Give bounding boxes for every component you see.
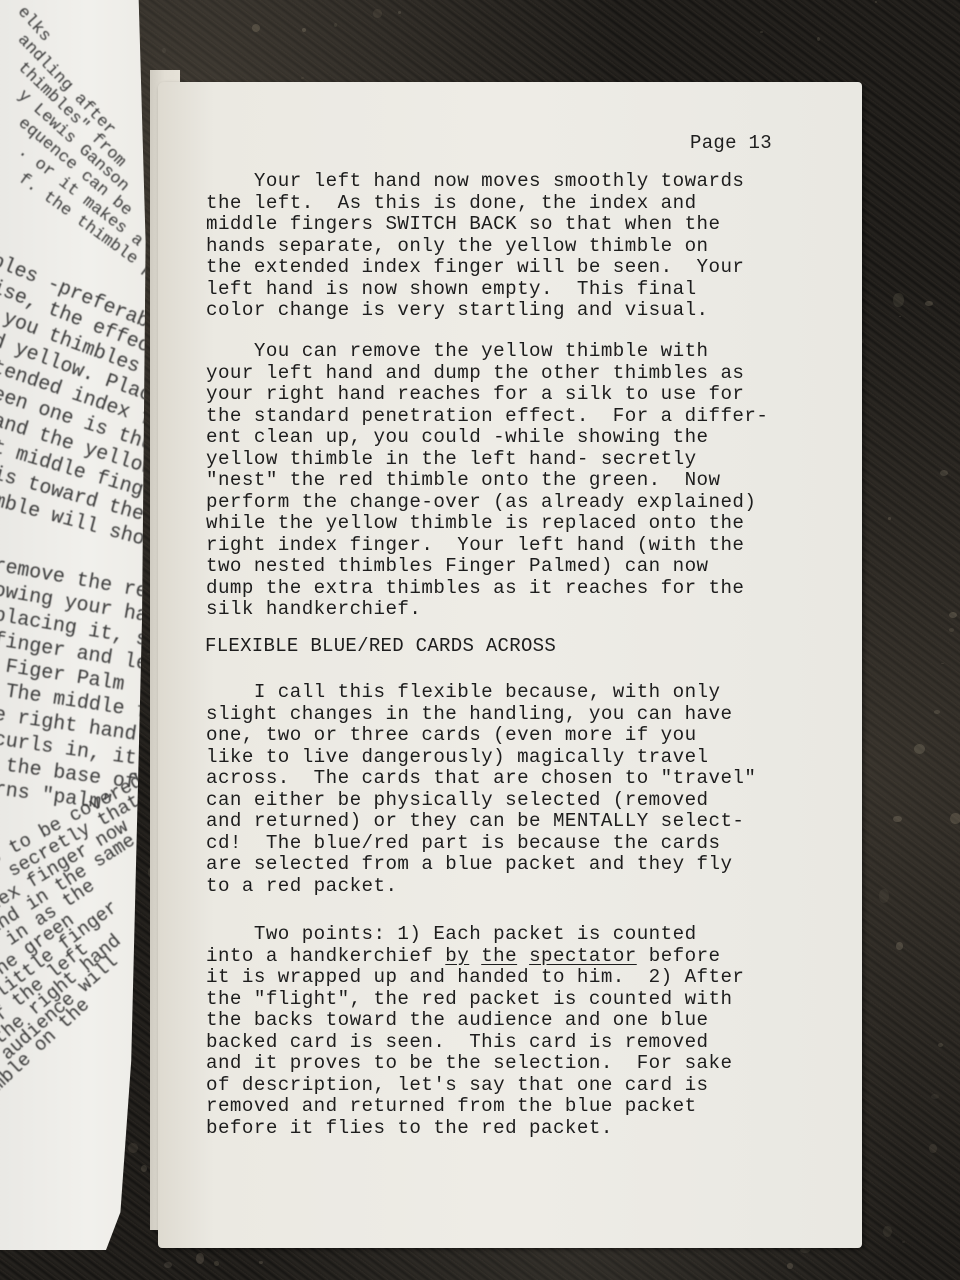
text-line: of description, let's say that one card … — [206, 1075, 846, 1097]
text-line: are selected from a blue packet and they… — [206, 854, 846, 876]
text-line: like to live dangerously) magically trav… — [206, 747, 846, 769]
text-line: can either be physically selected (remov… — [206, 790, 846, 812]
paragraph-i-call-this-flexible: I call this flexible because, with onlys… — [206, 682, 846, 897]
text-line: perform the change-over (as already expl… — [206, 492, 846, 514]
underlined-word: spectator — [529, 945, 637, 967]
text-line: into a handkerchief by the spectator bef… — [206, 946, 846, 968]
text-line: cd! The blue/red part is because the car… — [206, 833, 846, 855]
text-line: I call this flexible because, with only — [206, 682, 846, 704]
page-number: Page 13 — [690, 132, 772, 154]
text-line: and returned) or they can be MENTALLY se… — [206, 811, 846, 833]
underlined-word: the — [481, 945, 517, 967]
text-line: dump the extra thimbles as it reaches fo… — [206, 578, 846, 600]
paragraph-remove-yellow-thimble: You can remove the yellow thimble withyo… — [206, 341, 846, 621]
text-line: the standard penetration effect. For a d… — [206, 406, 846, 428]
text-line: Your left hand now moves smoothly toward… — [206, 171, 846, 193]
text-line: right index finger. Your left hand (with… — [206, 535, 846, 557]
text-line: backed card is seen. This card is remove… — [206, 1032, 846, 1054]
text-line: and it proves to be the selection. For s… — [206, 1053, 846, 1075]
section-heading: FLEXIBLE BLUE/RED CARDS ACROSS — [205, 635, 556, 657]
text-line: color change is very startling and visua… — [206, 300, 846, 322]
text-line: slight changes in the handling, you can … — [206, 704, 846, 726]
text-line: the backs toward the audience and one bl… — [206, 1010, 846, 1032]
text-line: the left. As this is done, the index and — [206, 193, 846, 215]
text-line: two nested thimbles Finger Palmed) can n… — [206, 556, 846, 578]
text-line: before it flies to the red packet. — [206, 1118, 846, 1140]
paragraph-left-hand-moves: Your left hand now moves smoothly toward… — [206, 171, 846, 322]
text-line: hands separate, only the yellow thimble … — [206, 236, 846, 258]
text-line: Two points: 1) Each packet is counted — [206, 924, 846, 946]
text-line: while the yellow thimble is replaced ont… — [206, 513, 846, 535]
text-line: it is wrapped up and handed to him. 2) A… — [206, 967, 846, 989]
text-line: middle fingers SWITCH BACK so that when … — [206, 214, 846, 236]
text-line: You can remove the yellow thimble with — [206, 341, 846, 363]
text-line: your left hand and dump the other thimbl… — [206, 363, 846, 385]
text-line: across. The cards that are chosen to "tr… — [206, 768, 846, 790]
text-line: one, two or three cards (even more if yo… — [206, 725, 846, 747]
text-line: yellow thimble in the left hand- secretl… — [206, 449, 846, 471]
text-line: ent clean up, you could -while showing t… — [206, 427, 846, 449]
text-line: "nest" the red thimble onto the green. N… — [206, 470, 846, 492]
text-line: your right hand reaches for a silk to us… — [206, 384, 846, 406]
text-line: removed and returned from the blue packe… — [206, 1096, 846, 1118]
text-line: the extended index finger will be seen. … — [206, 257, 846, 279]
text-line: to a red packet. — [206, 876, 846, 898]
text-line: the "flight", the red packet is counted … — [206, 989, 846, 1011]
text-line: left hand is now shown empty. This final — [206, 279, 846, 301]
underlined-word: by — [445, 945, 469, 967]
text-line: silk handkerchief. — [206, 599, 846, 621]
paragraph-two-points: Two points: 1) Each packet is countedint… — [206, 924, 846, 1139]
